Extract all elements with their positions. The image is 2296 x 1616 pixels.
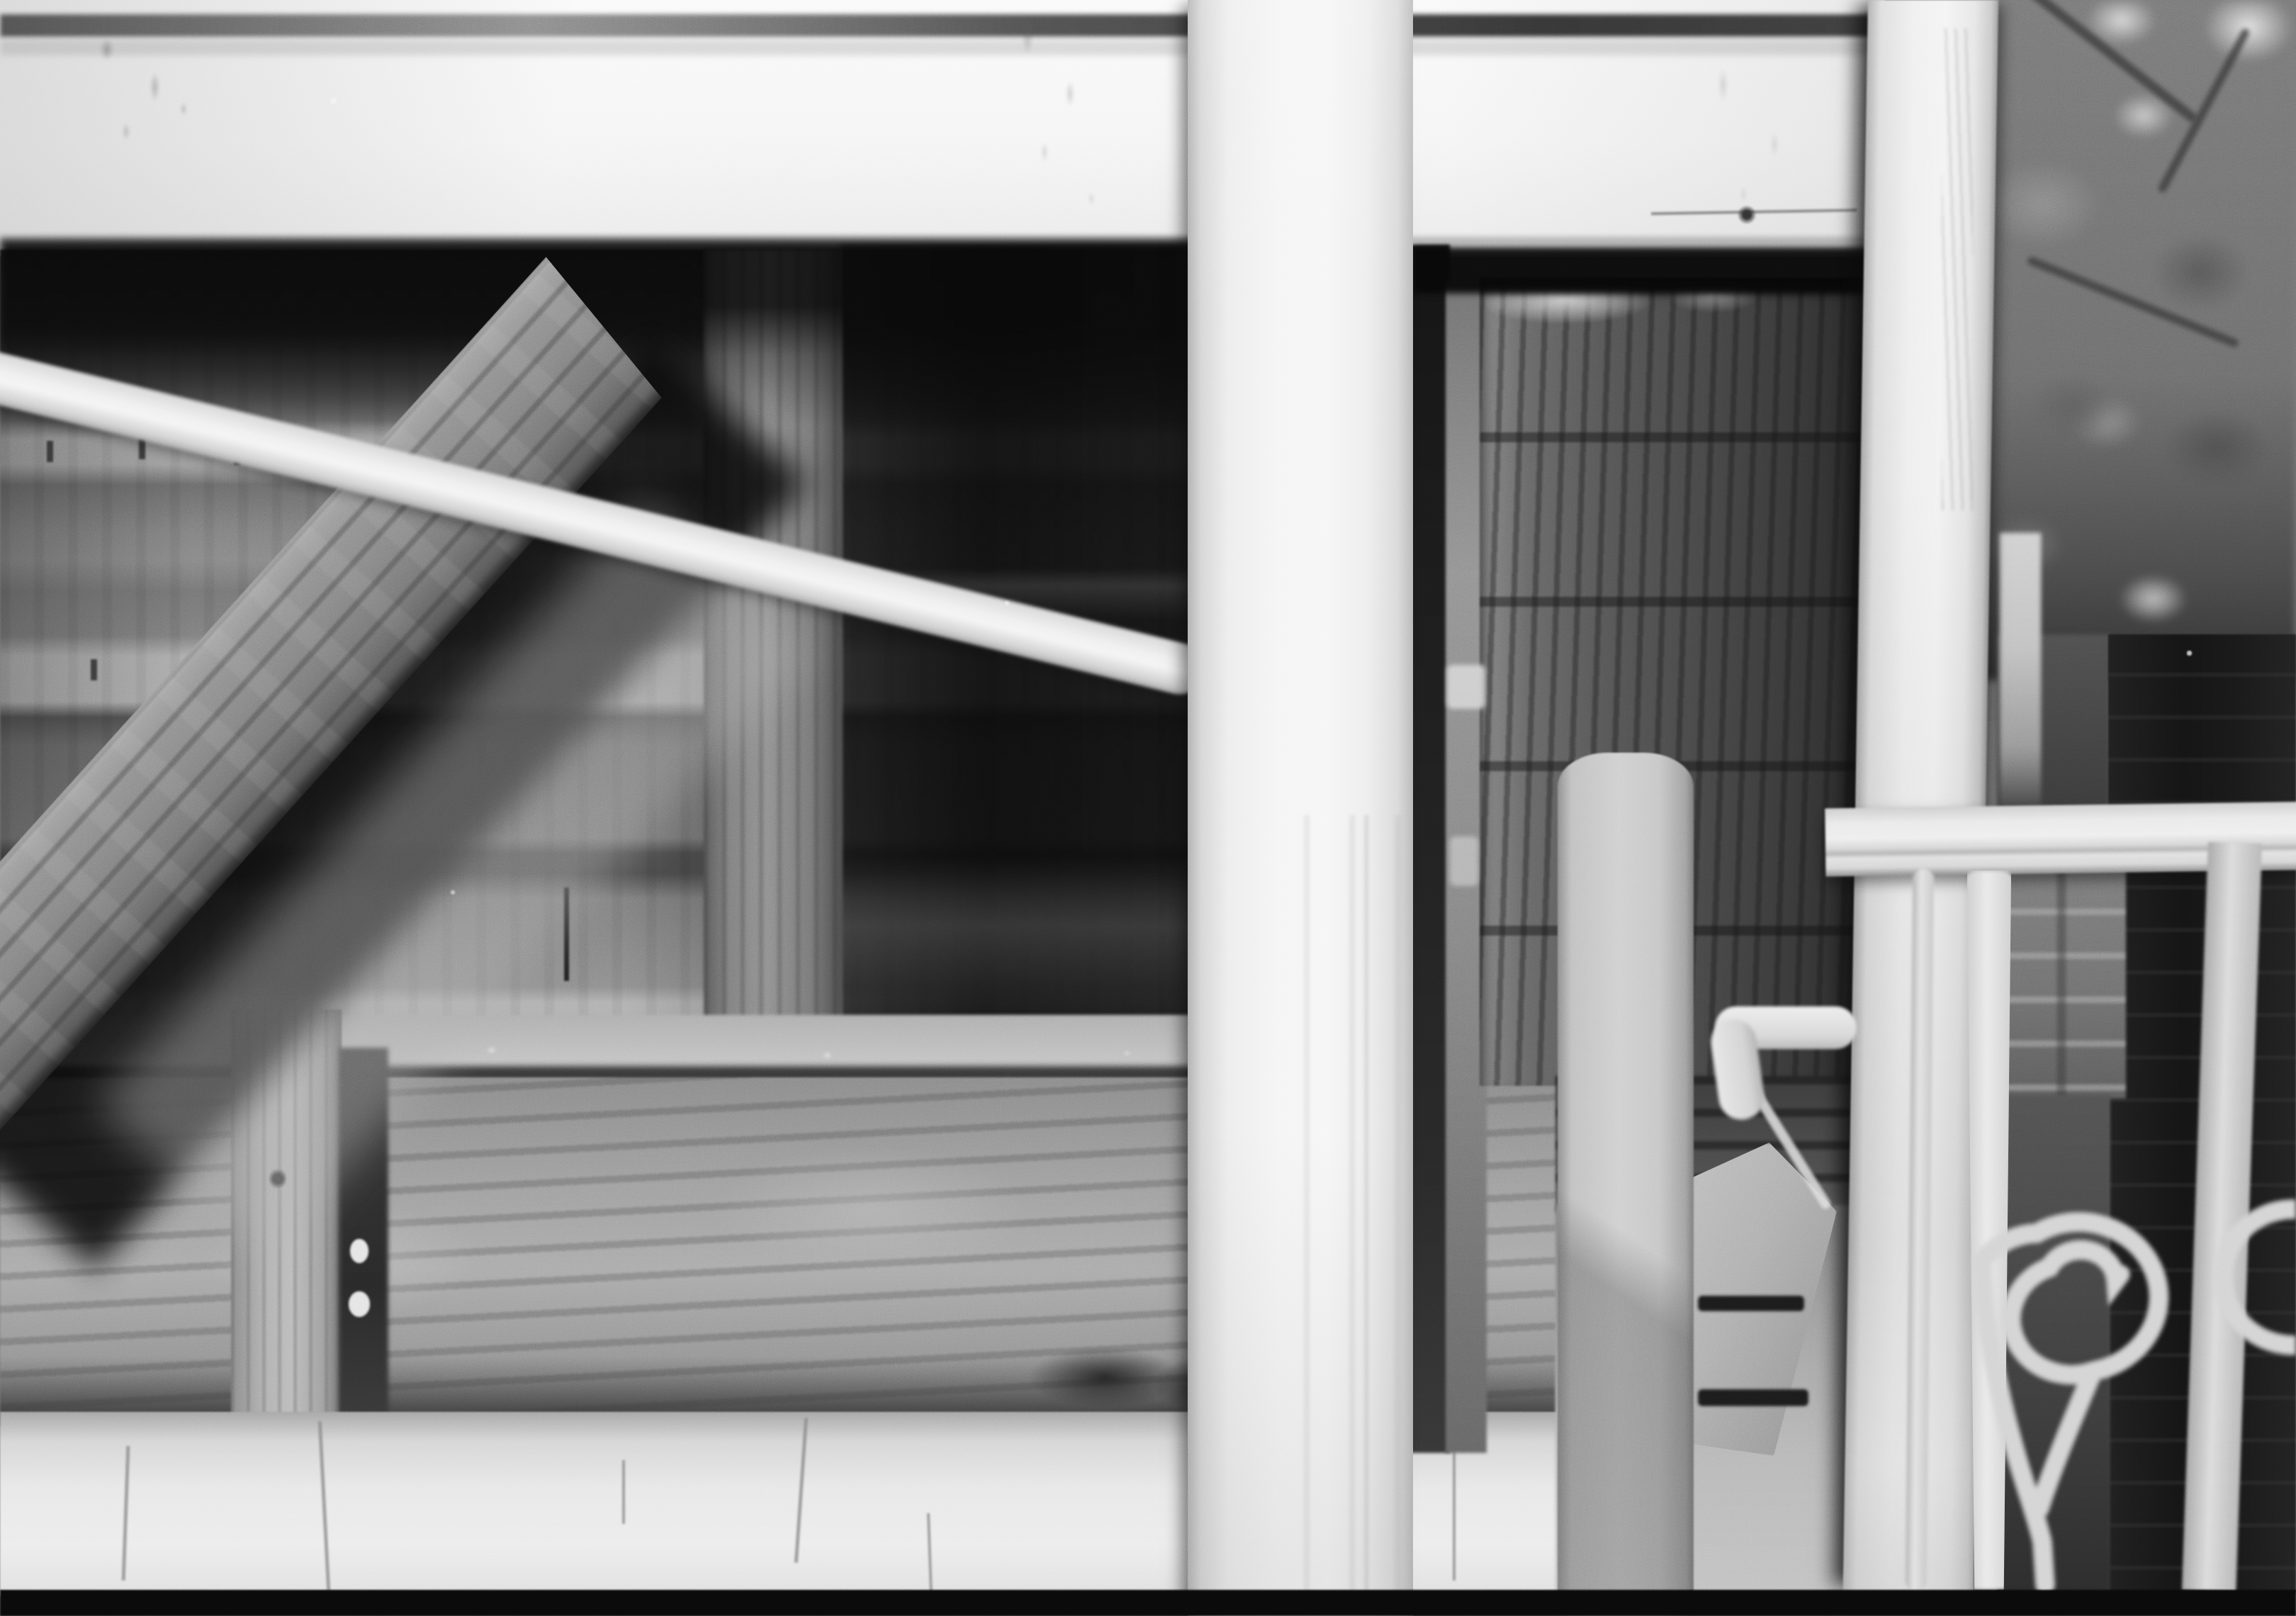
dust-speck <box>1005 601 1009 605</box>
fascia-stain-left <box>50 20 241 169</box>
scroll-partial-right <box>2223 1209 2295 1345</box>
chinking-nail <box>47 441 53 462</box>
dust-speck <box>2187 651 2192 656</box>
foundation-crack <box>1453 1446 1456 1581</box>
fascia-knot <box>1738 206 1756 224</box>
iron-scroll <box>1942 1106 2296 1602</box>
post-gap-shadow <box>1409 245 1450 1453</box>
chinking-chip <box>1450 836 1478 886</box>
foundation-joint-shadow <box>1698 1296 1804 1311</box>
dust-speck <box>451 890 455 894</box>
scroll-spiral <box>1981 1222 2159 1375</box>
dust-speck <box>330 98 337 104</box>
eave-shadow-right <box>1414 247 1887 293</box>
chinking-nail <box>139 438 145 459</box>
center-post-streaks <box>1304 815 1403 1595</box>
chinking-chip <box>1447 665 1485 709</box>
foundation-crack <box>622 1460 625 1524</box>
scroll-tail-right <box>2039 1374 2092 1508</box>
chinking-nail <box>91 659 97 680</box>
corner-post-grime <box>1942 28 1973 510</box>
chinking-stone <box>349 1291 370 1317</box>
film-edge-strip <box>0 1590 2296 1616</box>
background-lit-post <box>2000 533 2041 817</box>
gate-post <box>1558 753 1694 1616</box>
photograph <box>0 0 2296 1616</box>
foundation-joint-shadow <box>1698 1389 1808 1406</box>
fascia-stain-right <box>1651 35 1857 234</box>
chinking-stone <box>350 1239 368 1263</box>
fascia-stain-center <box>942 0 1155 234</box>
